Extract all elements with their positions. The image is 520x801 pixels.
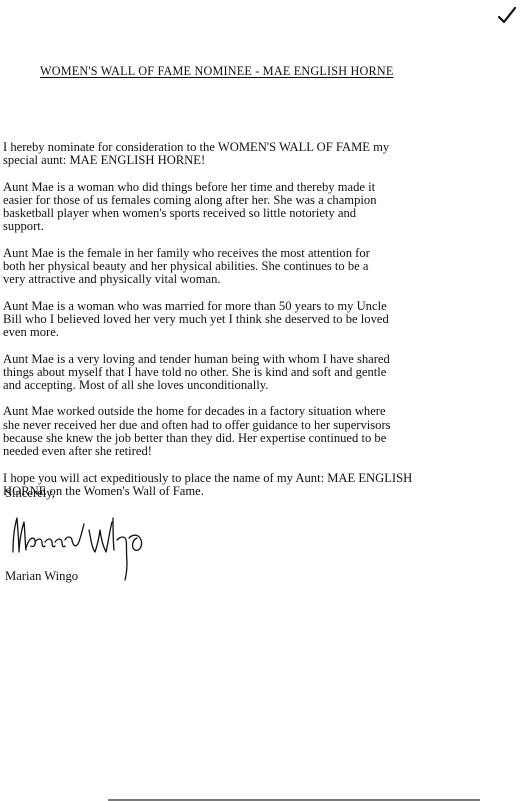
paragraph-marriage: Aunt Mae is a woman who was married for … bbox=[3, 300, 473, 340]
paragraph-beauty: Aunt Mae is the female in her family who… bbox=[3, 247, 473, 287]
letter-body: I hereby nominate for consideration to t… bbox=[3, 141, 473, 511]
paragraph-pioneer: Aunt Mae is a woman who did things befor… bbox=[3, 181, 473, 234]
signer-name: Marian Wingo bbox=[5, 569, 78, 584]
paragraph-request: I hope you will act expeditiously to pla… bbox=[3, 472, 473, 499]
paragraph-work: Aunt Mae worked outside the home for dec… bbox=[3, 405, 473, 458]
paragraph-loving: Aunt Mae is a very loving and tender hum… bbox=[3, 353, 473, 393]
document-title: WOMEN'S WALL OF FAME NOMINEE - MAE ENGLI… bbox=[40, 64, 393, 79]
check-mark-icon bbox=[497, 6, 517, 24]
closing-salutation: Sincerely, bbox=[5, 486, 55, 501]
paragraph-nomination: I hereby nominate for consideration to t… bbox=[3, 141, 473, 168]
